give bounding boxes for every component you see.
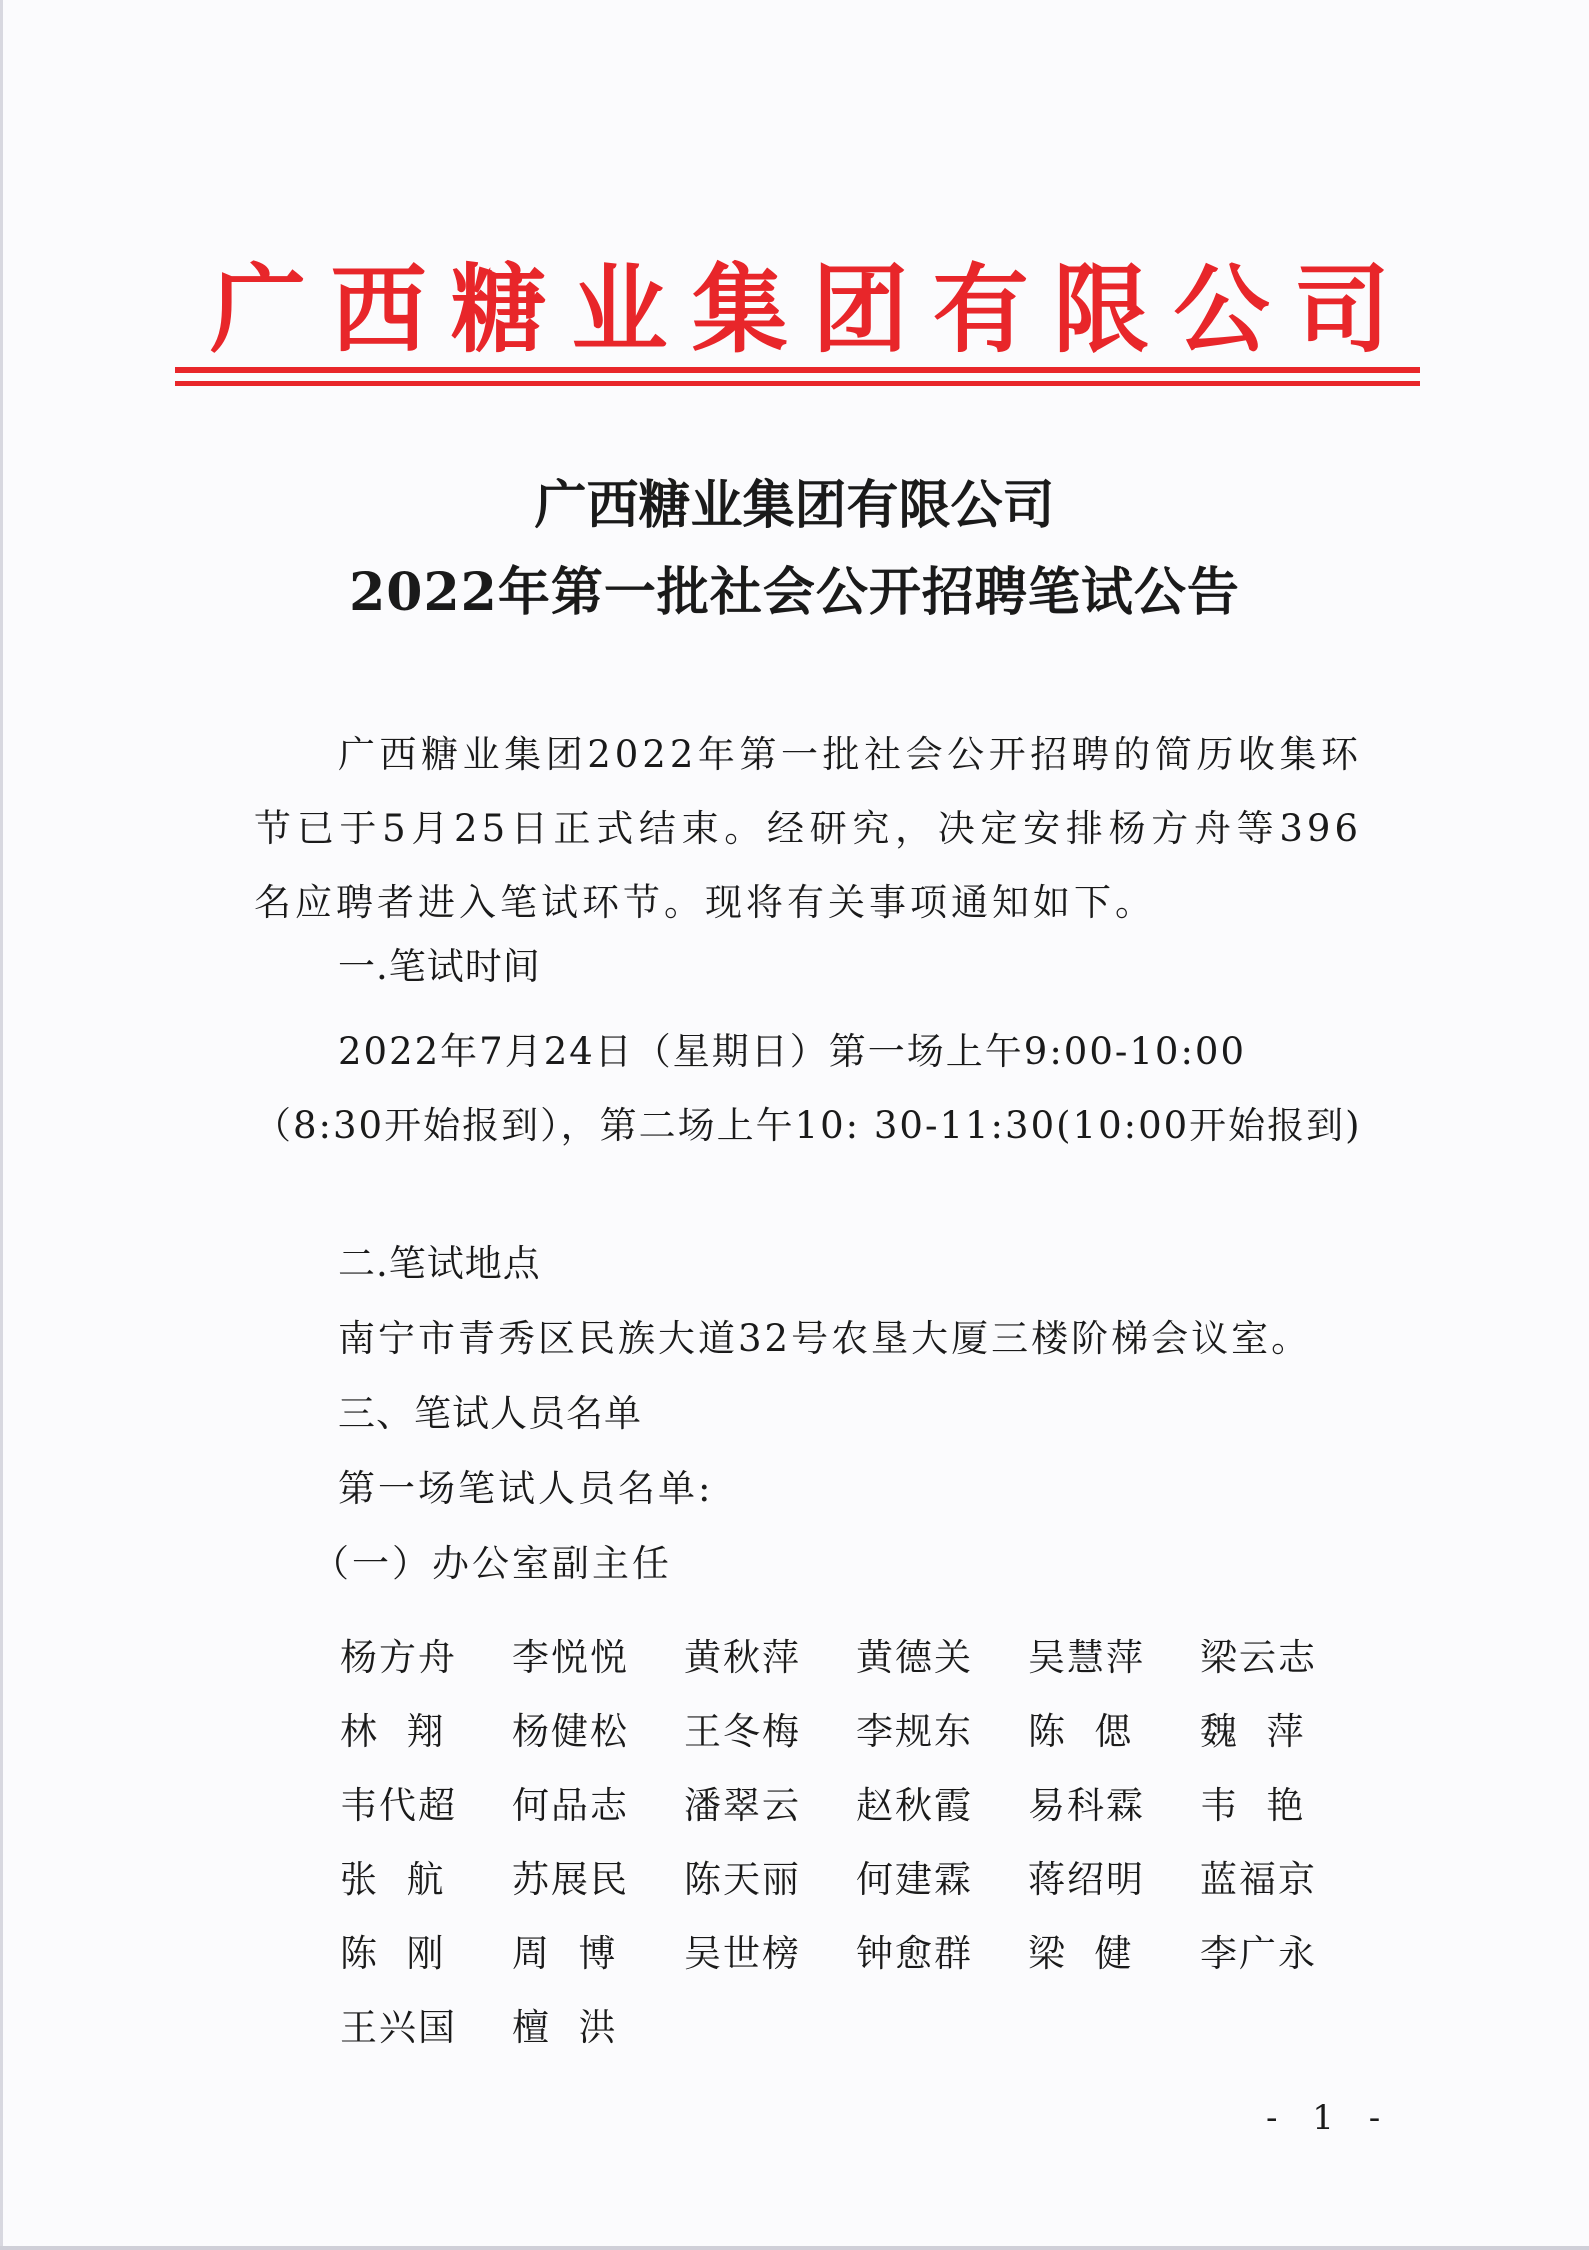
masthead-char: 司: [1294, 262, 1390, 358]
masthead-char: 集: [692, 262, 788, 358]
section-heading-list: 三、笔试人员名单: [338, 1395, 642, 1432]
candidate-name: 王冬梅: [684, 1701, 856, 1755]
candidate-name: 陈天丽: [684, 1849, 856, 1903]
candidate-name: 王兴国: [340, 1997, 512, 2051]
candidate-name: 韦 艳: [1200, 1775, 1372, 1829]
candidate-name: 李规东: [856, 1701, 1028, 1755]
candidate-name: 周 博: [512, 1923, 684, 1977]
masthead-char: 西: [330, 262, 426, 358]
candidate-name: 林 翔: [340, 1701, 512, 1755]
candidate-name: 李悦悦: [512, 1627, 684, 1681]
section-heading-time: 一.笔试时间: [338, 948, 541, 985]
page-number: - 1 -: [1266, 2098, 1392, 2138]
candidate-name: 黄德关: [856, 1627, 1028, 1681]
name-row: 韦代超 何品志 潘翠云 赵秋霞 易科霖 韦 艳: [340, 1765, 1400, 1839]
red-divider-top: [175, 367, 1420, 373]
candidate-name: 蒋绍明: [1028, 1849, 1200, 1903]
candidate-name: 张 航: [340, 1849, 512, 1903]
place-text: 南宁市青秀区民族大道32号农垦大厦三楼阶梯会议室。: [338, 1320, 1311, 1357]
scan-edge-bottom: [0, 2246, 1589, 2250]
candidate-name: 梁云志: [1200, 1627, 1372, 1681]
session1-heading: 第一场笔试人员名单:: [338, 1470, 713, 1507]
name-row: 张 航 苏展民 陈天丽 何建霖 蒋绍明 蓝福京: [340, 1839, 1400, 1913]
candidate-name: 何建霖: [856, 1849, 1028, 1903]
name-row: 王兴国 檀 洪: [340, 1987, 1400, 2061]
name-row: 杨方舟 李悦悦 黄秋萍 黄德关 吴慧萍 梁云志: [340, 1617, 1400, 1691]
intro-paragraph: 广西糖业集团2022年第一批社会公开招聘的简历收集环节已于5月25日正式结束。经…: [254, 718, 1362, 940]
candidate-name: 吴慧萍: [1028, 1627, 1200, 1681]
red-masthead: 广 西 糖 业 集 团 有 限 公 司: [210, 250, 1390, 370]
candidate-name: 潘翠云: [684, 1775, 856, 1829]
candidate-name: 杨健松: [512, 1701, 684, 1755]
document-title-line2: 2022年第一批社会公开招聘笔试公告: [0, 567, 1589, 619]
candidate-name: 黄秋萍: [684, 1627, 856, 1681]
candidate-name: 钟愈群: [856, 1923, 1028, 1977]
section-heading-place: 二.笔试地点: [338, 1245, 541, 1282]
red-divider-bottom: [175, 381, 1420, 386]
candidate-name: 檀 洪: [512, 1997, 684, 2051]
masthead-char: 限: [1053, 262, 1149, 358]
masthead-char: 有: [933, 262, 1029, 358]
candidate-name: 陈 刚: [340, 1923, 512, 1977]
candidate-name: 杨方舟: [340, 1627, 512, 1681]
candidate-name: 赵秋霞: [856, 1775, 1028, 1829]
scan-edge-left: [0, 0, 3, 2250]
name-row: 林 翔 杨健松 王冬梅 李规东 陈 偲 魏 萍: [340, 1691, 1400, 1765]
candidate-name: 韦代超: [340, 1775, 512, 1829]
masthead-char: 糖: [451, 262, 547, 358]
masthead-char: 公: [1174, 262, 1270, 358]
candidate-name: 梁 健: [1028, 1923, 1200, 1977]
position1-heading: （一）办公室副主任: [312, 1545, 672, 1582]
candidate-name-list: 杨方舟 李悦悦 黄秋萍 黄德关 吴慧萍 梁云志 林 翔 杨健松 王冬梅 李规东 …: [340, 1617, 1400, 2061]
candidate-name: 吴世榜: [684, 1923, 856, 1977]
candidate-name: 苏展民: [512, 1849, 684, 1903]
masthead-char: 业: [571, 262, 667, 358]
candidate-name: 蓝福京: [1200, 1849, 1372, 1903]
candidate-name: 魏 萍: [1200, 1701, 1372, 1755]
candidate-name: 李广永: [1200, 1923, 1372, 1977]
candidate-name: 陈 偲: [1028, 1701, 1200, 1755]
candidate-name: 何品志: [512, 1775, 684, 1829]
masthead-char: 团: [812, 262, 908, 358]
masthead-char: 广: [210, 262, 306, 358]
name-row: 陈 刚 周 博 吴世榜 钟愈群 梁 健 李广永: [340, 1913, 1400, 1987]
time-paragraph: 2022年7月24日（星期日）第一场上午9:00-10:00（8:30开始报到）…: [254, 1015, 1362, 1163]
document-title-line1: 广西糖业集团有限公司: [0, 480, 1589, 532]
candidate-name: 易科霖: [1028, 1775, 1200, 1829]
